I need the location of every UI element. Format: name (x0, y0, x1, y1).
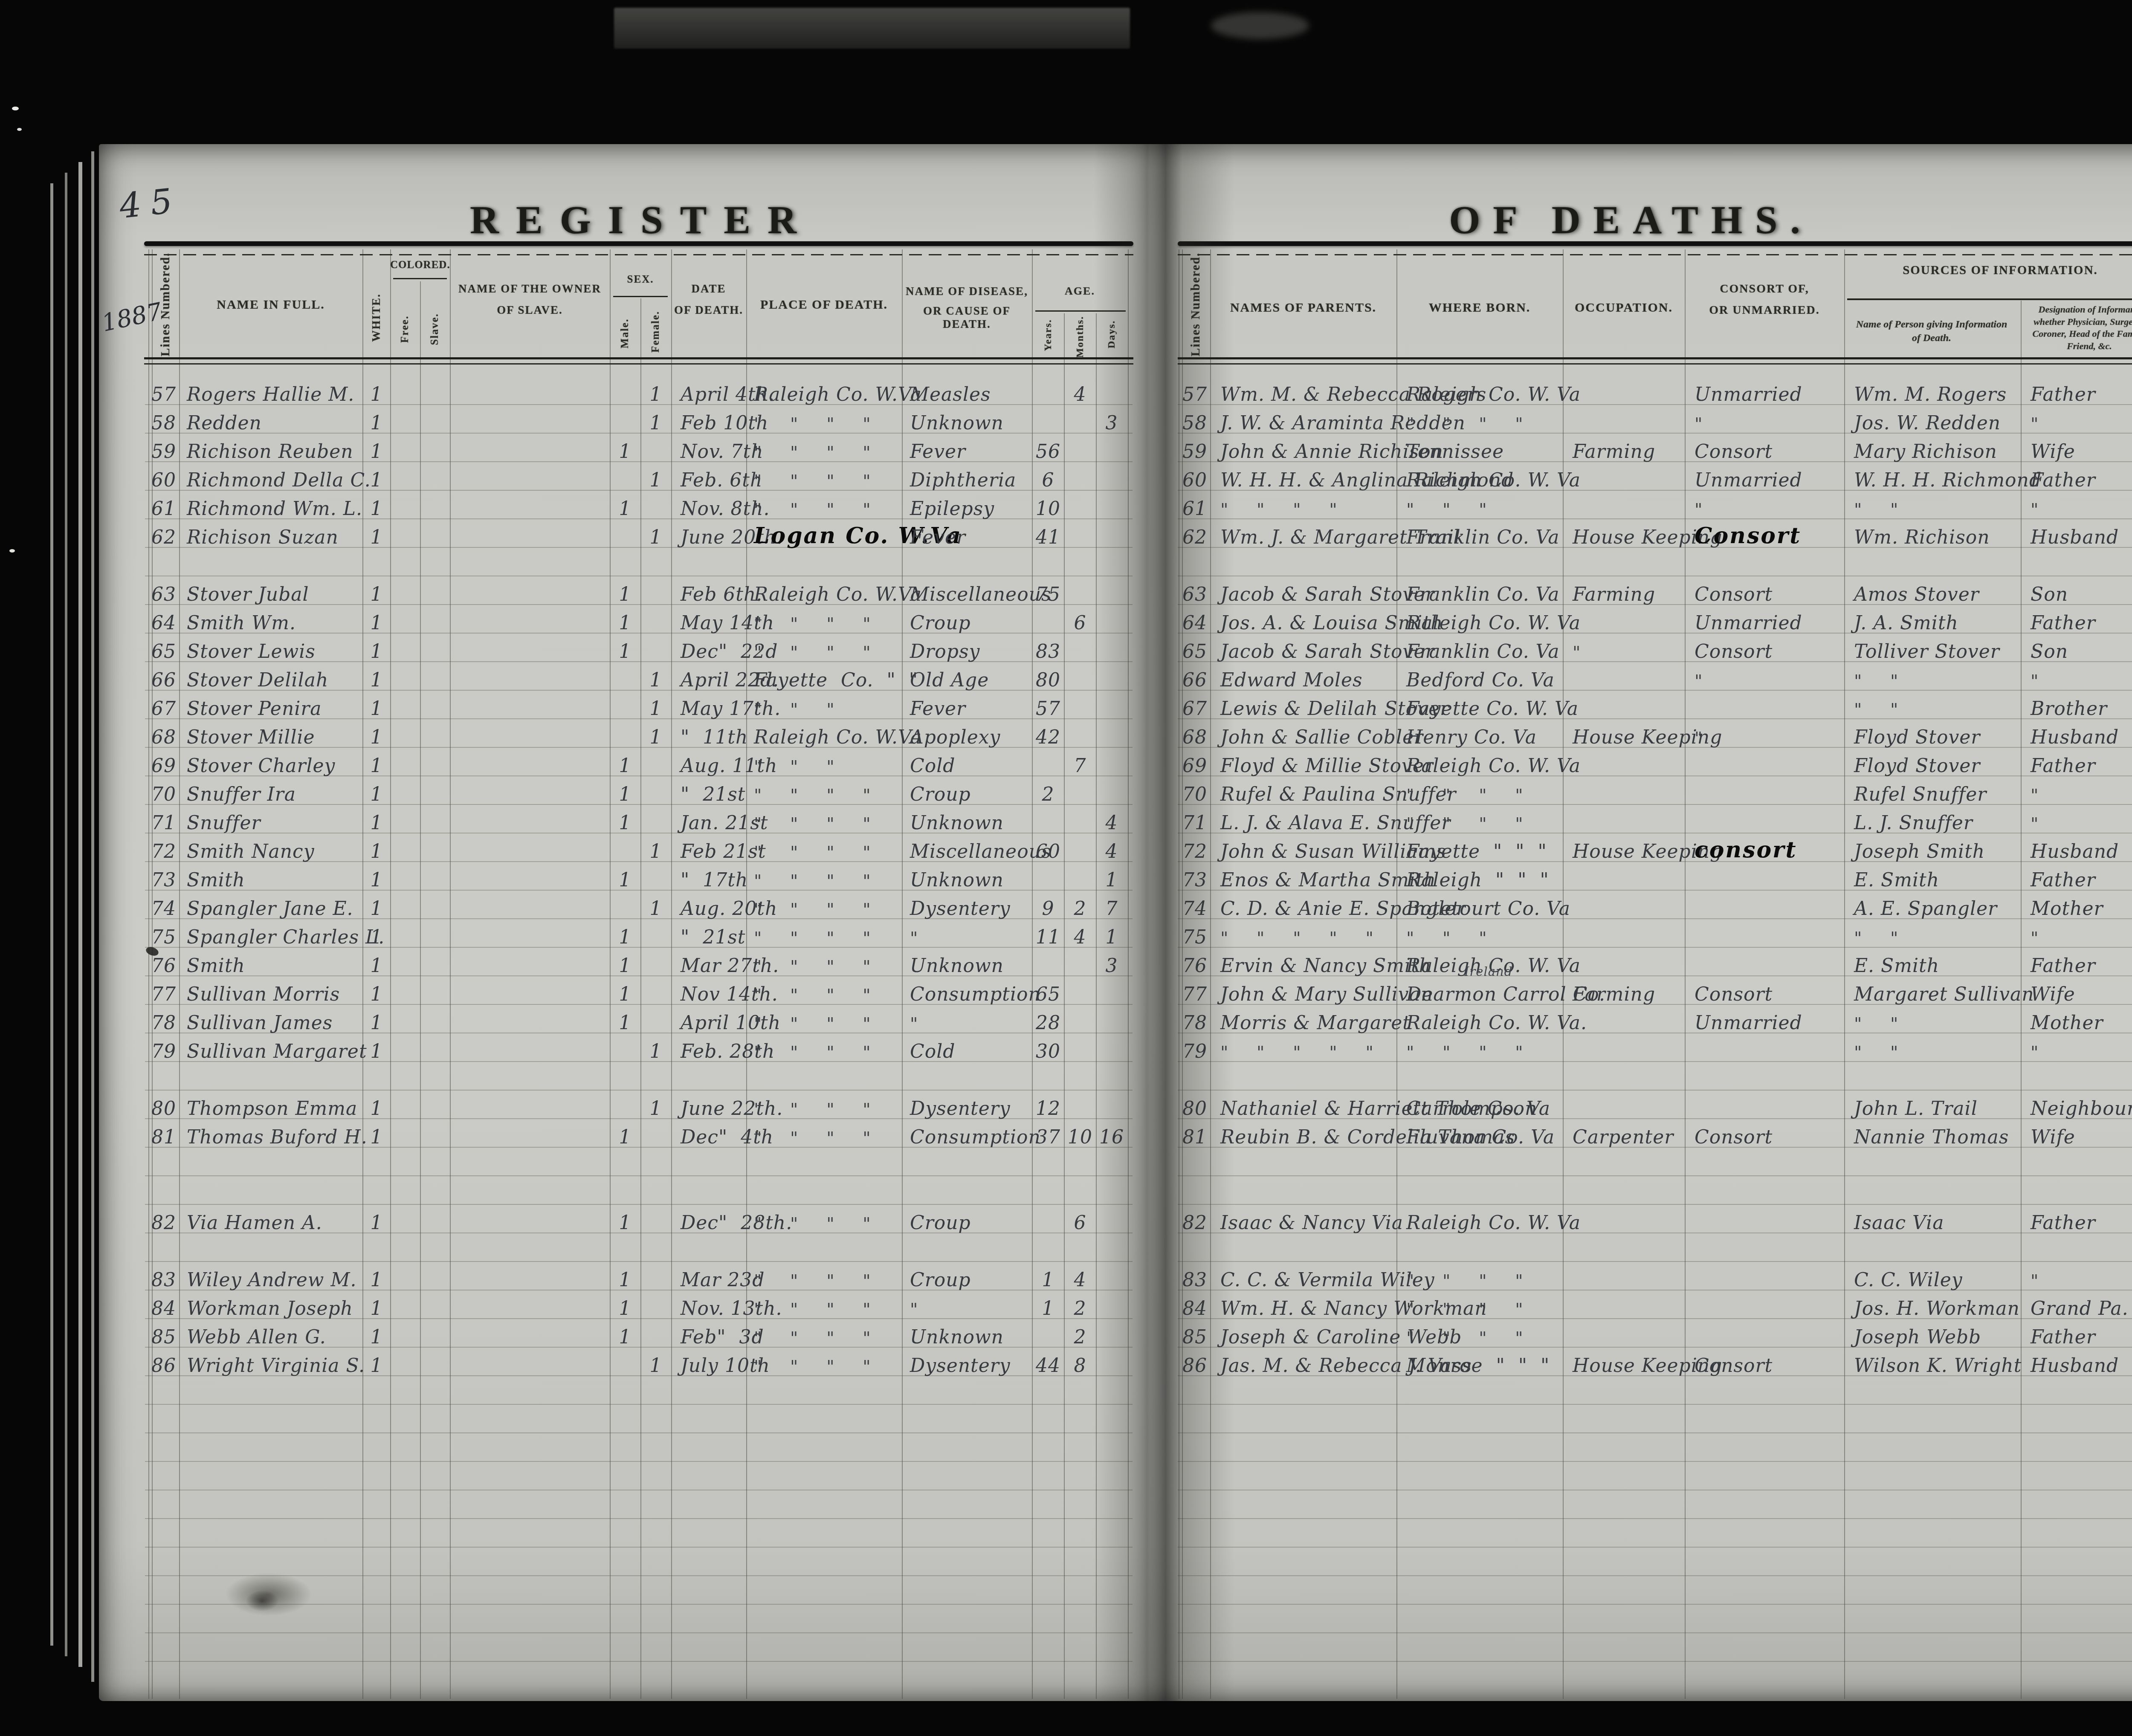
cell-designation: " (2025, 807, 2132, 833)
cell-white: 1 (363, 1007, 390, 1033)
col-header-occupation: OCCUPATION. (1563, 301, 1685, 315)
cell-text: Snuffer Ira (187, 785, 296, 804)
cell-informant: " " (1848, 493, 2019, 518)
cell-text: " " " " (754, 501, 871, 518)
cell-text: 57 (151, 385, 176, 404)
cell-born: Raleigh Co. W. Va. (1400, 1007, 1561, 1033)
cell-text: Father (2031, 757, 2096, 775)
cell-text: 68 (151, 728, 176, 747)
cell-male: 1 (611, 950, 640, 975)
cell-born: " " " " (1400, 407, 1561, 433)
cell-text: 1 (371, 1042, 383, 1061)
column-line (390, 249, 391, 1699)
cell-cause: Miscellaneous (904, 579, 1030, 604)
cell-text: 56 (1036, 443, 1060, 461)
cell-text: 72 (1182, 842, 1207, 861)
header-bottom-rule (144, 363, 1133, 365)
cell-name: Thompson Emma (181, 1093, 360, 1118)
cell-white: 1 (363, 1293, 390, 1318)
col-header-informant-name: Name of Person giving Information of Dea… (1853, 318, 2010, 345)
cell-text: Tolliver Stover (1854, 642, 2000, 661)
cell-name: Stover Penira (181, 693, 360, 718)
cell-text: 37 (1036, 1128, 1060, 1147)
cell-no: 74 (149, 893, 178, 918)
column-line (179, 249, 180, 1699)
cell-name: Sullivan Margaret (181, 1036, 360, 1061)
cell-date: Dec" 4th (675, 1121, 745, 1147)
cell-parents: Rufel & Paulina Snuffer (1214, 778, 1395, 804)
cell-text: 30 (1036, 1042, 1060, 1061)
col-header-white: WHITE. (370, 293, 383, 341)
cell-text: 82 (151, 1214, 176, 1233)
cell-place: Raleigh Co. W.Va (748, 379, 901, 404)
cell-text: A. E. Spangler (1854, 900, 1997, 918)
cell-white: 1 (363, 636, 390, 661)
cell-informant: Joseph Webb (1848, 1321, 2019, 1347)
cell-no: 78 (1180, 1007, 1209, 1033)
cell-text: Ervin & Nancy Smith (1220, 957, 1431, 975)
cell-text: 58 (1182, 414, 1207, 433)
cell-text: " " " " (754, 987, 871, 1004)
col-header-age: AGE. (1032, 285, 1128, 298)
cell-text: Via Hamen A. (187, 1214, 322, 1233)
age-underline (1035, 310, 1126, 312)
header-bottom-rule (1178, 357, 2132, 359)
cell-consort: " (1689, 407, 1843, 433)
cell-text: Wilson K. Wright (1854, 1357, 2022, 1375)
cell-text: 1 (371, 471, 383, 490)
cell-parents: Ervin & Nancy Smith (1214, 950, 1395, 975)
left-page-title: REGISTER (405, 197, 878, 243)
cell-male: 1 (611, 636, 640, 661)
ruled-line (145, 1518, 1133, 1519)
cell-white: 1 (363, 921, 390, 947)
cell-born: Raleigh " " " (1400, 864, 1561, 890)
cell-text: 1 (619, 1214, 631, 1233)
cell-date: April 10th (675, 1007, 745, 1033)
cell-text: Croup (910, 1271, 971, 1290)
cell-text: 73 (1182, 871, 1207, 890)
cell-white: 1 (363, 607, 390, 633)
cell-text: Jos. W. Redden (1854, 414, 2001, 433)
cell-days: 3 (1097, 950, 1127, 975)
cell-white: 1 (363, 521, 390, 547)
cell-text: 1 (619, 928, 631, 947)
cell-white: 1 (363, 721, 390, 747)
cell-date: June 22th. (675, 1093, 745, 1118)
col-header-owner-line1: NAME OF THE OWNER (450, 282, 610, 295)
ruled-line (145, 1404, 1133, 1405)
cell-text: 1 (650, 471, 662, 490)
cell-informant: A. E. Spangler (1848, 893, 2019, 918)
cell-text: Consort (1695, 1357, 1773, 1375)
cell-text: Mary Richison (1854, 443, 1997, 461)
cell-text: 83 (1036, 642, 1060, 661)
cell-text: " (910, 930, 918, 947)
cell-text: " (2031, 1273, 2039, 1290)
cell-born: " " " " (1400, 1293, 1561, 1318)
ruled-line (145, 1204, 1133, 1205)
cell-text: " (1573, 644, 1581, 661)
cell-occupation: " (1567, 636, 1683, 661)
ruled-line (1178, 1547, 2132, 1548)
cell-no: 67 (1180, 693, 1209, 718)
cell-name: Wright Virginia S. (181, 1350, 360, 1375)
cell-white: 1 (363, 836, 390, 861)
cell-designation: Husband (2025, 521, 2132, 547)
cell-text: 1 (1106, 871, 1118, 890)
cell-no: 72 (149, 836, 178, 861)
cell-name: Richmond Della C. (181, 464, 360, 490)
cell-place: " " " " (748, 950, 901, 975)
cell-text: Fever (910, 528, 966, 547)
cell-text: Raleigh Co. W. Va (1406, 471, 1581, 490)
col-header-where-born: WHERE BORN. (1396, 301, 1563, 315)
cell-text: " (2031, 501, 2039, 518)
cell-no: 71 (1180, 807, 1209, 833)
cell-text: Fluvana Co. Va (1406, 1128, 1555, 1147)
cell-text: " " (1854, 701, 1899, 718)
cell-designation: Mother (2025, 1007, 2132, 1033)
col-header-names-of-parents: NAMES OF PARENTS. (1210, 301, 1396, 315)
cell-white: 1 (363, 893, 390, 918)
cell-name: Sullivan Morris (181, 978, 360, 1004)
cell-name: Spangler Charles L. (181, 921, 360, 947)
cell-no: 58 (1180, 407, 1209, 433)
cell-cause: Croup (904, 778, 1030, 804)
cell-text: " " (1854, 673, 1899, 690)
column-line (1844, 249, 1845, 1699)
header-dash-rule (144, 254, 1133, 255)
cell-text: 16 (1099, 1128, 1124, 1147)
cell-informant: Tolliver Stover (1848, 636, 2019, 661)
cell-female: 1 (641, 521, 670, 547)
col-header-male: Male. (619, 318, 631, 348)
cell-informant: W. H. H. Richmond (1848, 464, 2019, 490)
cell-informant: Mary Richison (1848, 436, 2019, 461)
cell-informant: Isaac Via (1848, 1207, 2019, 1233)
cell-informant: " " (1848, 664, 2019, 690)
cell-text: Measles (910, 385, 991, 404)
cell-designation: Father (2025, 1207, 2132, 1233)
cell-date: Mar 27th. (675, 950, 745, 975)
cell-place: " " " " (748, 1093, 901, 1118)
cell-white: 1 (363, 1093, 390, 1118)
cell-text: " " " " (1406, 1330, 1524, 1347)
cell-place: " " " " (748, 1350, 901, 1375)
col-header-disease-line2: OR CAUSE OF DEATH. (902, 304, 1032, 331)
cell-text: Tennissee (1406, 443, 1504, 461)
cell-text: 3 (1106, 414, 1118, 433)
cell-text: 4 (1074, 385, 1086, 404)
cell-text: 80 (1036, 671, 1060, 690)
cell-cause: Unknown (904, 807, 1030, 833)
cell-text: 1 (650, 1357, 662, 1375)
cell-date: May 17th. (675, 693, 745, 718)
cell-no: 77 (149, 978, 178, 1004)
cell-place: " " " (748, 693, 901, 718)
cell-female: 1 (641, 1350, 670, 1375)
cell-informant: " " (1848, 1007, 2019, 1033)
cell-text: Stover Penira (187, 700, 322, 718)
cell-text: " " " " (754, 958, 871, 975)
cell-consort: " (1689, 493, 1843, 518)
cell-parents: John & Mary Sullivan (1214, 978, 1395, 1004)
cell-female: 1 (641, 1093, 670, 1118)
cell-parents: John & Sallie Cobler (1214, 721, 1395, 747)
cell-male: 1 (611, 436, 640, 461)
cell-designation: Father (2025, 950, 2132, 975)
cell-parents: Isaac & Nancy Via (1214, 1207, 1395, 1233)
cell-occupation: House Keeping (1567, 1350, 1683, 1375)
cell-text: " " " " (754, 1130, 871, 1147)
cell-years: 9 (1033, 893, 1063, 918)
cell-years: 65 (1033, 978, 1063, 1004)
cell-text: " (2031, 673, 2039, 690)
cell-parents: J. W. & Araminta Redden (1214, 407, 1395, 433)
cell-text: 1 (650, 385, 662, 404)
cell-place: " " " " (748, 436, 901, 461)
cell-no: 75 (149, 921, 178, 947)
cell-text: 41 (1036, 528, 1060, 547)
cell-text: Croup (910, 614, 971, 633)
cell-text: Father (2031, 614, 2096, 633)
cell-text: Stover Millie (187, 728, 315, 747)
cell-text: Husband (2031, 728, 2119, 747)
cell-text: Sullivan Margaret (187, 1042, 367, 1061)
cell-no: 70 (149, 778, 178, 804)
cell-text: 1 (371, 871, 383, 890)
ruled-line (1178, 1204, 2132, 1205)
cell-text: Smith (187, 957, 245, 975)
cell-no: 80 (149, 1093, 178, 1118)
cell-date: Aug. 11th (675, 750, 745, 775)
cell-text: 79 (1182, 1042, 1207, 1061)
col-header-place-of-death: PLACE OF DEATH. (746, 298, 902, 312)
cell-text: Diphtheria (910, 471, 1016, 490)
cell-born: Henry Co. Va (1400, 721, 1561, 747)
cell-text: Jos. H. Workman (1854, 1299, 2020, 1318)
cell-text: 1 (371, 500, 383, 518)
cell-text: " (910, 1016, 918, 1033)
cell-place: " " " " (748, 1007, 901, 1033)
cell-text: 1 (371, 614, 383, 633)
col-header-free: Free. (399, 315, 411, 343)
cell-name: Smith Wm. (181, 607, 360, 633)
cell-date: Jan. 21st (675, 807, 745, 833)
cell-place: " " " (748, 750, 901, 775)
cell-months: 6 (1065, 1207, 1095, 1233)
cell-white: 1 (363, 664, 390, 690)
cell-text: 81 (1182, 1128, 1207, 1147)
col-header-lines-numbered: Lines Numbered. (159, 252, 173, 356)
cell-informant: Amos Stover (1848, 579, 2019, 604)
cell-date: Feb 6th. (675, 579, 745, 604)
cell-born: Fayette Co. W. Va (1400, 693, 1561, 718)
cell-no: 83 (1180, 1264, 1209, 1290)
cell-text: 59 (1182, 443, 1207, 461)
ruled-line (145, 1604, 1133, 1605)
cell-text: Richison Reuben (187, 443, 353, 461)
cell-text: Spangler Charles L. (187, 928, 385, 947)
cell-no: 86 (1180, 1350, 1209, 1375)
cell-white: 1 (363, 807, 390, 833)
cell-text: 1 (650, 1042, 662, 1061)
cell-informant: Margaret Sullivan (1848, 978, 2019, 1004)
ruled-line (145, 1575, 1133, 1576)
cell-place: " " " " (748, 493, 901, 518)
cell-text: 1 (619, 957, 631, 975)
cell-date: Feb. 6th (675, 464, 745, 490)
cell-text: 1 (650, 900, 662, 918)
cell-no: 77 (1180, 978, 1209, 1004)
cell-text: 9 (1042, 900, 1054, 918)
cell-text: 2 (1074, 900, 1086, 918)
cell-text: 1 (371, 1299, 383, 1318)
cell-born: Franklin Co. Va (1400, 579, 1561, 604)
cell-occupation: House Keeping (1567, 521, 1683, 547)
cell-place: " " " " (748, 807, 901, 833)
cell-text: Raleigh " " " (1406, 871, 1549, 890)
cell-consort: Unmarried (1689, 607, 1843, 633)
cell-text: W. H. H. Richmond (1854, 471, 2042, 490)
cell-text: " " " " (754, 844, 871, 861)
cell-months: 10 (1065, 1121, 1095, 1147)
cell-text: 2 (1042, 785, 1054, 804)
cell-designation: Husband (2025, 836, 2132, 861)
cell-female: 1 (641, 464, 670, 490)
cell-days: 3 (1097, 407, 1127, 433)
cell-text: 59 (151, 443, 176, 461)
cell-parents: Jacob & Sarah Stover (1214, 636, 1395, 661)
cell-text: Carpenter (1573, 1128, 1674, 1147)
cell-no: 63 (1180, 579, 1209, 604)
cell-no: 78 (149, 1007, 178, 1033)
cell-text: Edward Moles (1220, 671, 1363, 690)
cell-place: " " " " (748, 1264, 901, 1290)
cell-parents: C. C. & Vermila Wiley (1214, 1264, 1395, 1290)
cell-text: 1 (371, 928, 383, 947)
cell-text: 67 (1182, 700, 1207, 718)
cell-text: Smith Wm. (187, 614, 296, 633)
cell-no: 65 (149, 636, 178, 661)
cell-text: 66 (151, 671, 176, 690)
cell-male: 1 (611, 1207, 640, 1233)
cell-years: 1 (1033, 1293, 1063, 1318)
cell-text: Wife (2031, 985, 2075, 1004)
cell-cause: Old Age (904, 664, 1030, 690)
cell-born: Raleigh Co. W. Va (1400, 607, 1561, 633)
cell-designation: Husband (2025, 721, 2132, 747)
cell-informant: Floyd Stover (1848, 750, 2019, 775)
cell-date: June 20th. (675, 521, 745, 547)
cell-text: E. Smith (1854, 871, 1939, 890)
death-register-scan: REGISTER OF DEATHS. 45 1887 Lines Number… (0, 0, 2132, 1736)
cell-text: 1 (650, 414, 662, 433)
cell-text: Thompson Emma (187, 1099, 357, 1118)
cell-born: " " " " (1400, 807, 1561, 833)
cell-parents: Joseph & Caroline Webb (1214, 1321, 1395, 1347)
cell-date: Mar 23d (675, 1264, 745, 1290)
cell-place: " " " " (748, 978, 901, 1004)
cell-text: Snuffer (187, 814, 261, 833)
cell-years: 6 (1033, 464, 1063, 490)
cell-text: 1 (619, 785, 631, 804)
cell-informant: Jos. H. Workman (1848, 1293, 2019, 1318)
cell-text: 75 (1036, 585, 1060, 604)
cell-cause: Cold (904, 1036, 1030, 1061)
cell-date: Feb 10th (675, 407, 745, 433)
scanner-artifact-top-light (1211, 12, 1309, 39)
col-header-sex: SEX. (610, 274, 671, 286)
cell-days: 4 (1097, 836, 1127, 861)
cell-no: 64 (149, 607, 178, 633)
page-stack-edge (50, 183, 53, 1646)
cell-informant: E. Smith (1848, 864, 2019, 890)
colored-underline (393, 278, 447, 279)
page-stack-edge (65, 173, 67, 1656)
cell-text: " (1695, 730, 1703, 747)
cell-place: " " " " (748, 921, 901, 947)
col-header-lines-numbered: Lines Numbered. (1189, 252, 1203, 356)
cell-text: 1 (619, 443, 631, 461)
cell-white: 1 (363, 579, 390, 604)
cell-text: 72 (151, 842, 176, 861)
cell-designation: Father (2025, 750, 2132, 775)
cell-text: Husband (2031, 528, 2119, 547)
cell-text: Stover Delilah (187, 671, 328, 690)
cell-cause: Apoplexy (904, 721, 1030, 747)
col-header-years: Years. (1043, 319, 1054, 351)
cell-text: Raleigh Co. W.Va (754, 385, 922, 404)
cell-no: 73 (149, 864, 178, 890)
cell-text: Grand Pa. (2031, 1299, 2129, 1318)
cell-text: 8 (1074, 1357, 1086, 1375)
cell-text: Consumption (910, 1128, 1041, 1147)
cell-no: 84 (1180, 1293, 1209, 1318)
cell-text: 6 (1042, 471, 1054, 490)
column-line (1179, 249, 1179, 1699)
cell-text: Stover Jubal (187, 585, 309, 604)
col-header-months: Months. (1075, 316, 1086, 358)
cell-text: 1 (650, 528, 662, 547)
cell-years: 37 (1033, 1121, 1063, 1147)
cell-text: 1 (371, 1214, 383, 1233)
col-header-days: Days. (1106, 320, 1118, 349)
cell-text: Unknown (910, 957, 1004, 975)
cell-text: Consort (1695, 985, 1773, 1004)
cell-place: " " " " (748, 636, 901, 661)
cell-name: Snuffer Ira (181, 778, 360, 804)
cell-parents: " " " " " (1214, 921, 1395, 947)
cell-text: " " " (754, 701, 835, 718)
cell-occupation: Farming (1567, 436, 1683, 461)
cell-text: " " " " (754, 616, 871, 633)
cell-years: 56 (1033, 436, 1063, 461)
cell-male: 1 (611, 921, 640, 947)
cell-months: 2 (1065, 1321, 1095, 1347)
header-bottom-rule (1178, 363, 2132, 365)
cell-text: Miscellaneous (910, 585, 1052, 604)
cell-date: Nov. 13th. (675, 1293, 745, 1318)
cell-born: " " " (1400, 493, 1561, 518)
cell-text: 1 (619, 614, 631, 633)
cell-text: 77 (151, 985, 176, 1004)
cell-male: 1 (611, 807, 640, 833)
cell-text: Son (2031, 585, 2068, 604)
cell-text: Farming (1573, 985, 1655, 1004)
cell-white: 1 (363, 978, 390, 1004)
